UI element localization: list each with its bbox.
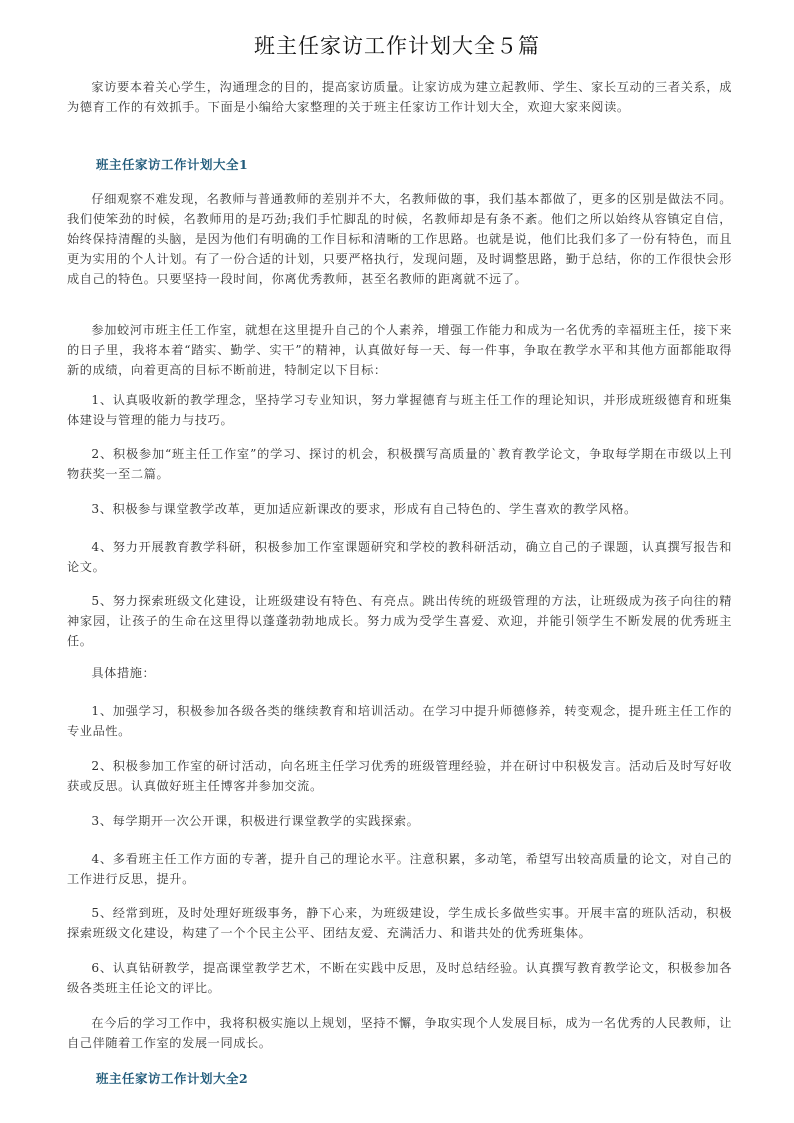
section-heading-2: 班主任家访工作计划大全2 bbox=[96, 1069, 248, 1087]
goal-item-1: 1、认真吸收新的教学理念，坚持学习专业知识，努力掌握德育与班主任工作的理论知识，… bbox=[67, 390, 732, 430]
document-title: 班主任家访工作计划大全５篇 bbox=[0, 30, 794, 60]
body-paragraph: 仔细观察不难发现，名教师与普通教师的差别并不大，名教师做的事，我们基本都做了，更… bbox=[67, 189, 732, 289]
measure-item-5: 5、经常到班，及时处理好班级事务，静下心来，为班级建设，学生成长多做些实事。开展… bbox=[67, 903, 732, 943]
measure-item-3: 3、每学期开一次公开课，积极进行课堂教学的实践探索。 bbox=[67, 811, 732, 831]
measure-item-6: 6、认真钻研教学，提高课堂教学艺术，不断在实践中反思，及时总结经验。认真撰写教育… bbox=[67, 958, 732, 998]
measure-item-2: 2、积极参加工作室的研讨活动，向名班主任学习优秀的班级管理经验，并在研讨中积极发… bbox=[67, 756, 732, 796]
measures-label: 具体措施： bbox=[67, 663, 732, 683]
goal-item-3: 3、积极参与课堂教学改革，更加适应新课改的要求，形成有自己特色的、学生喜欢的教学… bbox=[67, 499, 732, 519]
section-heading-1: 班主任家访工作计划大全1 bbox=[96, 155, 248, 173]
document-page: 班主任家访工作计划大全５篇 家访要本着关心学生，沟通理念的目的，提高家访质量。让… bbox=[0, 0, 794, 1123]
closing-paragraph: 在今后的学习工作中，我将积极实施以上规划，坚持不懈，争取实现个人发展目标，成为一… bbox=[67, 1013, 732, 1053]
goal-item-5: 5、努力探索班级文化建设，让班级建设有特色、有亮点。跳出传统的班级管理的方法，让… bbox=[67, 591, 732, 651]
intro-paragraph: 家访要本着关心学生，沟通理念的目的，提高家访质量。让家访成为建立起教师、学生、家… bbox=[67, 77, 732, 117]
measure-item-4: 4、多看班主任工作方面的专著，提升自己的理论水平。注意积累，多动笔，希望写出较高… bbox=[67, 849, 732, 889]
goal-item-2: 2、积极参加“班主任工作室”的学习、探讨的机会，积极撰写高质量的`教育教学论文，… bbox=[67, 444, 732, 484]
measure-item-1: 1、加强学习，积极参加各级各类的继续教育和培训活动。在学习中提升师德修养，转变观… bbox=[67, 701, 732, 741]
goal-item-4: 4、努力开展教育教学科研，积极参加工作室课题研究和学校的教科研活动，确立自己的子… bbox=[67, 537, 732, 577]
body-paragraph: 参加蛟河市班主任工作室，就想在这里提升自己的个人素养，增强工作能力和成为一名优秀… bbox=[67, 320, 732, 380]
